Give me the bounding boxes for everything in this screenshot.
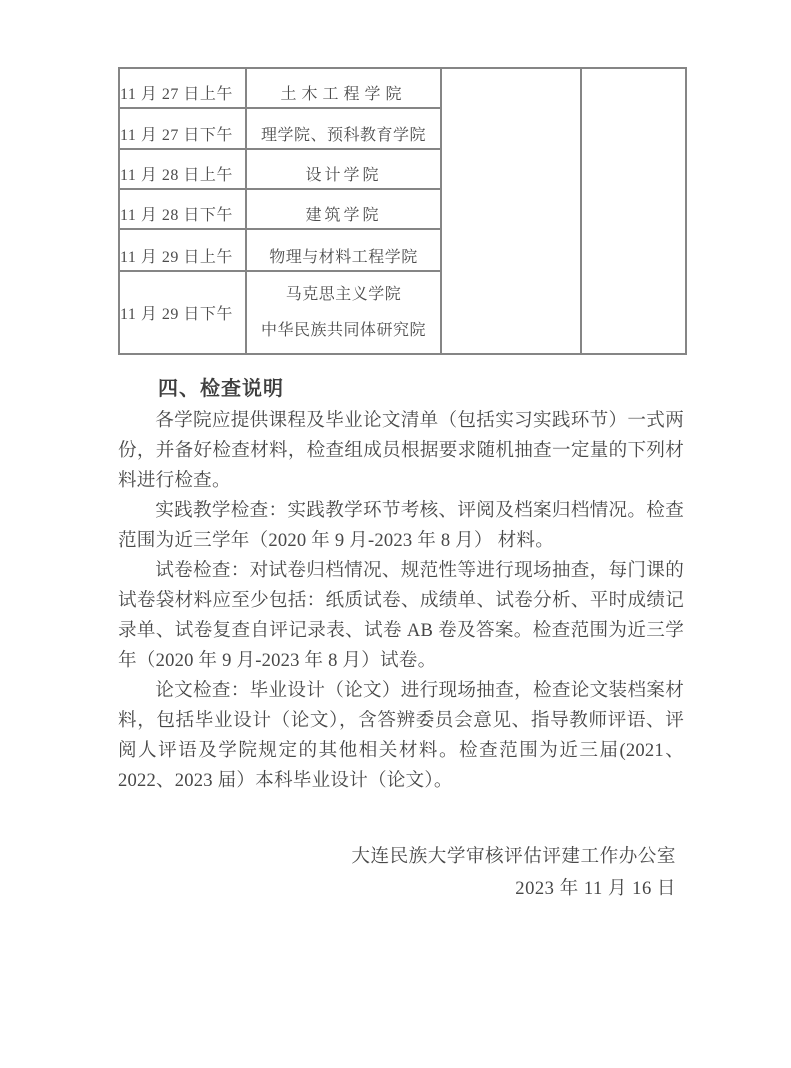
- college-cell: 物理与材料工程学院: [246, 229, 441, 271]
- time-cell: 11 月 29 日下午: [119, 271, 246, 354]
- time-cell: 11 月 28 日上午: [119, 149, 246, 189]
- college-cell: 马克思主义学院 中华民族共同体研究院: [246, 271, 441, 354]
- college-cell: 理学院、预科教育学院: [246, 108, 441, 149]
- college-cell: 土木工程学院: [246, 68, 441, 108]
- college-line-2: 中华民族共同体研究院: [247, 313, 440, 349]
- schedule-table: 11 月 27 日上午 土木工程学院 11 月 27 日下午 理学院、预科教育学…: [118, 67, 687, 355]
- paragraph-exam-check: 试卷检查：对试卷归档情况、规范性等进行现场抽查，每门课的试卷袋材料应至少包括：纸…: [118, 556, 684, 676]
- paragraph-practice-check: 实践教学检查：实践教学环节考核、评阅及档案归档情况。检查范围为近三学年（2020…: [118, 496, 684, 556]
- time-cell: 11 月 29 日上午: [119, 229, 246, 271]
- college-line-1: 马克思主义学院: [247, 277, 440, 313]
- page-content: 11 月 27 日上午 土木工程学院 11 月 27 日下午 理学院、预科教育学…: [118, 0, 685, 904]
- signature-date: 2023 年 11 月 16 日: [118, 874, 684, 904]
- paragraph-thesis-check: 论文检查：毕业设计（论文）进行现场抽查，检查论文装档案材料，包括毕业设计（论文）…: [118, 676, 684, 796]
- empty-merged-cell: [581, 68, 686, 354]
- paragraph-overview: 各学院应提供课程及毕业论文清单（包括实习实践环节）一式两份，并备好检查材料，检查…: [118, 406, 684, 496]
- document-page: { "table": { "rows": [ { "time": "11 月 2…: [0, 0, 791, 1068]
- section-heading: 四、检查说明: [118, 376, 685, 403]
- college-cell: 设计学院: [246, 149, 441, 189]
- table-row: 11 月 27 日上午 土木工程学院: [119, 68, 686, 108]
- college-cell: 建筑学院: [246, 189, 441, 229]
- time-cell: 11 月 27 日上午: [119, 68, 246, 108]
- time-cell: 11 月 28 日下午: [119, 189, 246, 229]
- time-cell: 11 月 27 日下午: [119, 108, 246, 149]
- empty-merged-cell: [441, 68, 581, 354]
- signature-office: 大连民族大学审核评估评建工作办公室: [118, 842, 684, 872]
